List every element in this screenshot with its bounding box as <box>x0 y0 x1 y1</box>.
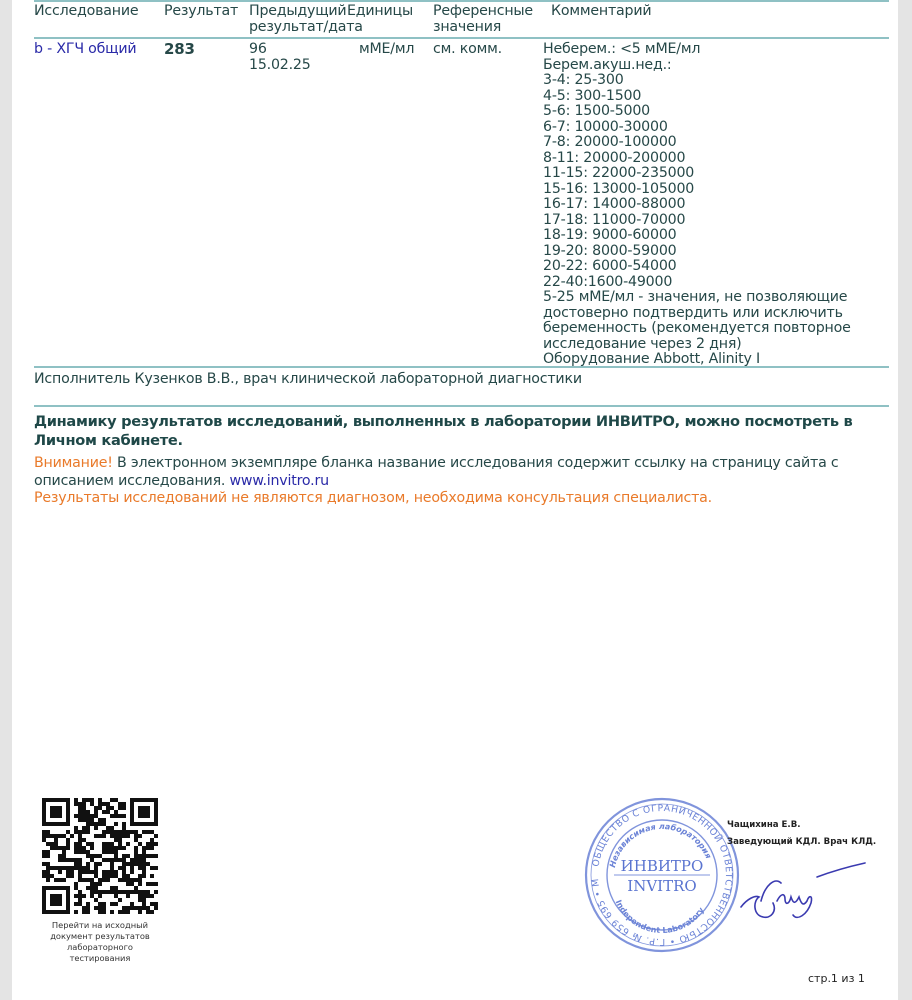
lab-stamp: ОБЩЕСТВО С ОГРАНИЧЕННОЙ ОТВЕТСТВЕННОСТЬЮ… <box>582 795 742 955</box>
header-comment: Комментарий <box>551 3 651 19</box>
executor-rule <box>34 405 889 407</box>
comment-cell: Неберем.: <5 мМЕ/млБерем.акуш.нед.:3-4: … <box>543 42 851 368</box>
comment-line: Неберем.: <5 мМЕ/мл <box>543 42 851 58</box>
page-number: стр.1 из 1 <box>808 972 865 985</box>
comment-line: 18-19: 9000-60000 <box>543 228 851 244</box>
signer-name: Чащихина Е.В. <box>727 820 801 830</box>
comment-line: достоверно подтвердить или исключить <box>543 306 851 322</box>
previous-result: 96 15.02.25 <box>249 42 311 73</box>
header-previous-line2: результат/дата <box>249 19 363 35</box>
qr-caption-line3: лабораторного тестирования <box>67 942 133 963</box>
invitro-link[interactable]: www.invitro.ru <box>230 473 329 489</box>
comment-line: 16-17: 14000-88000 <box>543 197 851 213</box>
table-top-rule <box>34 0 889 2</box>
disclaimer-text: Результаты исследований не являются диаг… <box>34 490 712 506</box>
result-value: 283 <box>164 42 195 58</box>
header-rule <box>34 37 889 39</box>
comment-line: 5-25 мМЕ/мл - значения, не позволяющие <box>543 290 851 306</box>
previous-value: 96 <box>249 41 267 57</box>
comment-line: 17-18: 11000-70000 <box>543 213 851 229</box>
comment-line: 3-4: 25-300 <box>543 73 851 89</box>
qr-caption-line2: документ результатов <box>50 931 150 941</box>
comment-line: 4-5: 300-1500 <box>543 89 851 105</box>
comment-line: 15-16: 13000-105000 <box>543 182 851 198</box>
qr-caption: Перейти на исходный документ результатов… <box>38 920 162 964</box>
warning-body: В электронном экземпляре бланка название… <box>34 455 839 489</box>
comment-line: 7-8: 20000-100000 <box>543 135 851 151</box>
stamp-brand-en: INVITRO <box>627 877 696 895</box>
header-reference-line1: Референсные <box>433 3 533 19</box>
report-page: Исследование Результат Предыдущий резуль… <box>12 0 898 1000</box>
signature-icon <box>737 855 867 925</box>
comment-line: 19-20: 8000-59000 <box>543 244 851 260</box>
signer-title: Заведующий КДЛ. Врач КЛД. <box>727 837 876 847</box>
personal-account-notice: Динамику результатов исследований, выпол… <box>34 412 874 450</box>
comment-line: 11-15: 22000-235000 <box>543 166 851 182</box>
qr-code[interactable] <box>42 798 158 914</box>
comment-line: беременность (рекомендуется повторное <box>543 321 851 337</box>
header-reference: Референсные значения <box>433 3 533 35</box>
header-result: Результат <box>164 3 238 19</box>
executor-text: Исполнитель Кузенков В.В., врач клиничес… <box>34 371 582 387</box>
header-reference-line2: значения <box>433 19 501 35</box>
comment-line: исследование через 2 дня) <box>543 337 851 353</box>
previous-date: 15.02.25 <box>249 57 311 73</box>
header-test: Исследование <box>34 3 138 19</box>
warning-text: Внимание! В электронном экземпляре бланк… <box>34 454 884 490</box>
test-name-link[interactable]: b - ХГЧ общий <box>34 42 136 58</box>
comment-line: Берем.акуш.нед.: <box>543 58 851 74</box>
warning-label: Внимание! <box>34 455 113 471</box>
header-previous: Предыдущий результат/дата <box>249 3 363 35</box>
header-previous-line1: Предыдущий <box>249 3 346 19</box>
comment-line: 5-6: 1500-5000 <box>543 104 851 120</box>
qr-caption-line1: Перейти на исходный <box>52 920 148 930</box>
comment-line: 8-11: 20000-200000 <box>543 151 851 167</box>
comment-line: 22-40:1600-49000 <box>543 275 851 291</box>
signer-block: Чащихина Е.В. Заведующий КДЛ. Врач КЛД. <box>727 817 876 851</box>
stamp-brand-ru: ИНВИТРО <box>621 857 704 875</box>
comment-line: 6-7: 10000-30000 <box>543 120 851 136</box>
reference-value: см. комм. <box>433 42 502 58</box>
header-units: Единицы <box>347 3 413 19</box>
comment-line: 20-22: 6000-54000 <box>543 259 851 275</box>
units-value: мМЕ/мл <box>359 42 414 58</box>
row-rule <box>34 366 889 368</box>
